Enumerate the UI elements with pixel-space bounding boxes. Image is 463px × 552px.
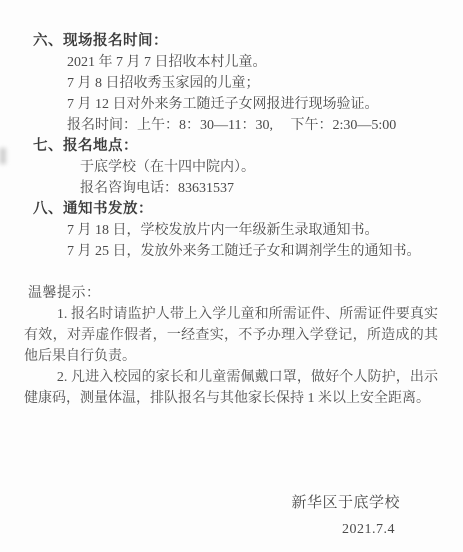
section-line: 2021 年 7 月 7 日招收本村儿童。 [33,52,438,73]
scan-artifact [0,148,6,164]
signature-name: 新华区于底学校 [24,495,438,512]
signature-block: 新华区于底学校 2021.7.4 [24,495,438,537]
section-notice-distribution: 八、通知书发放： 7 月 18 日，学校发放片内一年级新生录取通知书。 7 月 … [24,199,438,262]
section-line: 7 月 8 日招收秀玉家园的儿童； [33,73,438,94]
tips-paragraph: 1. 报名时请监护人带上入学儿童和所需证件、所需证件要真实有效，对弄虚作假者，一… [24,304,438,367]
tips-block: 温馨提示： 1. 报名时请监护人带上入学儿童和所需证件、所需证件要真实有效，对弄… [24,283,438,409]
section-heading: 八、通知书发放： [33,199,438,220]
section-heading: 七、报名地点： [33,136,438,157]
section-heading: 六、现场报名时间： [33,31,438,52]
document-content: 六、现场报名时间： 2021 年 7 月 7 日招收本村儿童。 7 月 8 日招… [0,0,463,537]
tips-heading: 温馨提示： [28,283,438,304]
section-registration-location: 七、报名地点： 于底学校（在十四中院内）。 报名咨询电话：83631537 [24,136,438,199]
document-page: 六、现场报名时间： 2021 年 7 月 7 日招收本村儿童。 7 月 8 日招… [0,0,463,552]
section-line: 报名时间：上午：8：30—11：30, 下午：2:30—5:00 [33,115,438,136]
signature-date: 2021.7.4 [24,522,438,537]
section-line: 7 月 25 日，发放外来务工随迁子女和调剂学生的通知书。 [33,241,438,262]
section-line: 7 月 12 日对外来务工随迁子女网报进行现场验证。 [33,94,438,115]
section-onsite-registration-time: 六、现场报名时间： 2021 年 7 月 7 日招收本村儿童。 7 月 8 日招… [24,31,438,136]
section-line: 7 月 18 日，学校发放片内一年级新生录取通知书。 [33,220,438,241]
tips-paragraph: 2. 凡进入校园的家长和儿童需佩戴口罩，做好个人防护，出示健康码，测量体温，排队… [24,367,438,409]
section-line: 于底学校（在十四中院内）。 [33,157,438,178]
section-line: 报名咨询电话：83631537 [33,178,438,199]
